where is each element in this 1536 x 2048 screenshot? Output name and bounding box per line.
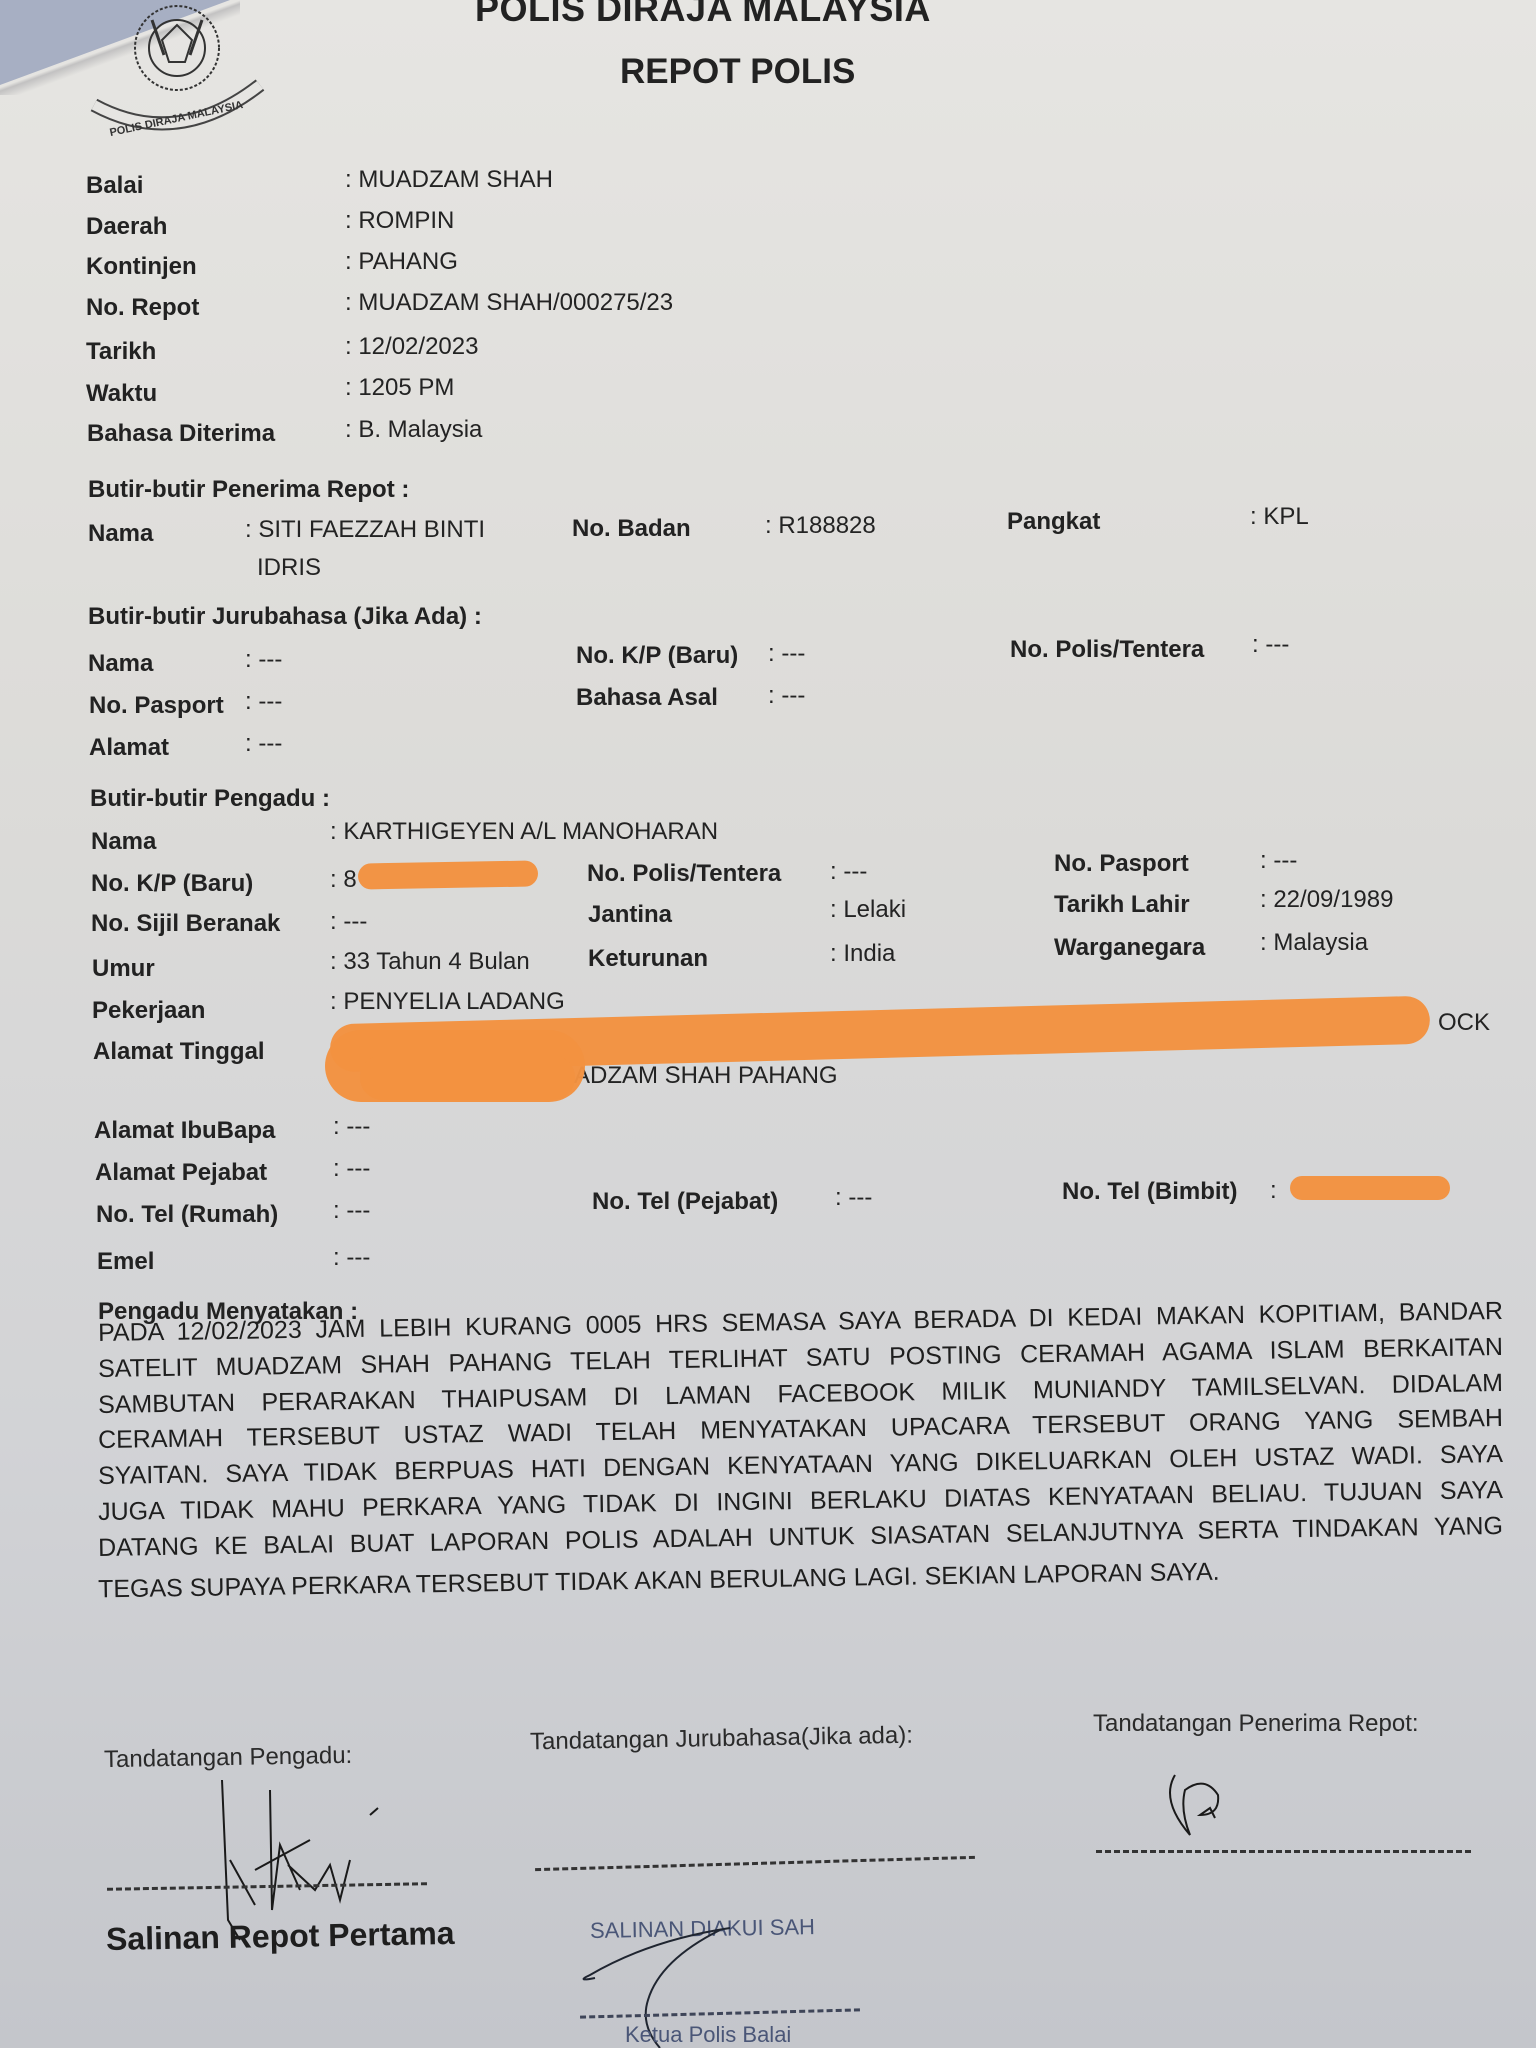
no-badan-label: No. Badan [572, 515, 691, 543]
interpreter-polis-label: No. Polis/Tentera [1010, 636, 1204, 664]
complainant-polis-label: No. Polis/Tentera [587, 860, 781, 888]
tel-rumah-value: : --- [333, 1197, 370, 1225]
tel-pejabat-label: No. Tel (Pejabat) [592, 1188, 778, 1216]
complainant-pasport-label: No. Pasport [1054, 850, 1189, 878]
balai-label: Balai [86, 172, 143, 200]
tel-pejabat-value: : --- [835, 1184, 872, 1212]
alamat-tinggal-line2: ADZAM SHAH PAHANG [574, 1062, 838, 1090]
tarikh-label: Tarikh [86, 338, 156, 366]
sijil-value: : --- [330, 908, 367, 936]
pangkat-value: : KPL [1250, 503, 1309, 531]
redaction-address-line2 [360, 1055, 575, 1100]
complainant-nama-value: : KARTHIGEYEN A/L MANOHARAN [330, 818, 718, 846]
interpreter-kp-value: : --- [768, 640, 805, 668]
receiver-signature-line [1096, 1850, 1471, 1853]
bahasa-asal-label: Bahasa Asal [576, 684, 718, 712]
interpreter-signature-label: Tandatangan Jurubahasa(Jika ada): [530, 1722, 913, 1757]
receiver-nama-label: Nama [88, 520, 153, 548]
statement-line: TEGAS SUPAYA PERKARA TERSEBUT TIDAK AKAN… [98, 1557, 1298, 1605]
complainant-kp-value: : 8 [330, 866, 357, 894]
alamat-pejabat-label: Alamat Pejabat [95, 1159, 267, 1187]
kontinjen-value: : PAHANG [345, 248, 458, 276]
bahasa-asal-value: : --- [768, 682, 805, 710]
tel-bimbit-label: No. Tel (Bimbit) [1062, 1178, 1238, 1206]
redaction-ic-number [358, 860, 538, 889]
balai-value: : MUADZAM SHAH [345, 166, 553, 194]
alamat-tinggal-label: Alamat Tinggal [93, 1038, 265, 1066]
tel-bimbit-value: : [1270, 1177, 1277, 1205]
bahasa-label: Bahasa Diterima [87, 420, 275, 448]
interpreter-pasport-label: No. Pasport [89, 692, 224, 720]
kontinjen-label: Kontinjen [86, 253, 197, 281]
interpreter-nama-label: Nama [88, 650, 153, 678]
first-copy-title: Salinan Repot Pertama [106, 1915, 455, 1958]
interpreter-heading: Butir-butir Jurubahasa (Jika Ada) : [88, 603, 482, 631]
jantina-label: Jantina [588, 901, 672, 929]
alamat-tinggal-end: OCK [1438, 1009, 1490, 1037]
agency-title: POLIS DIRAJA MALAYSIA [475, 0, 931, 30]
emel-value: : --- [333, 1244, 370, 1272]
emel-label: Emel [97, 1248, 154, 1276]
no-repot-value: : MUADZAM SHAH/000275/23 [345, 289, 673, 317]
no-badan-value: : R188828 [765, 512, 876, 540]
police-crest-icon: POLIS DIRAJA MALAYSIA [82, 0, 272, 150]
receiver-heading: Butir-butir Penerima Repot : [88, 476, 409, 504]
interpreter-kp-label: No. K/P (Baru) [576, 642, 738, 670]
warganegara-label: Warganegara [1054, 934, 1205, 962]
redaction-phone-number [1290, 1176, 1450, 1200]
keturunan-value: : India [830, 940, 895, 968]
receiver-signature-label: Tandatangan Penerima Repot: [1093, 1710, 1419, 1738]
tarikh-lahir-label: Tarikh Lahir [1054, 891, 1190, 919]
complainant-pasport-value: : --- [1260, 847, 1297, 875]
alamat-ibubapa-label: Alamat IbuBapa [94, 1117, 275, 1145]
tarikh-value: : 12/02/2023 [345, 333, 478, 361]
umur-value: : 33 Tahun 4 Bulan [330, 948, 530, 976]
no-repot-label: No. Repot [86, 294, 199, 322]
interpreter-alamat-label: Alamat [89, 734, 169, 762]
complainant-nama-label: Nama [91, 828, 156, 856]
daerah-value: : ROMPIN [345, 207, 454, 235]
document-title: REPOT POLIS [620, 52, 855, 92]
complainant-kp-label: No. K/P (Baru) [91, 870, 253, 898]
receiver-nama-value-2: IDRIS [257, 554, 321, 582]
bahasa-value: : B. Malaysia [345, 416, 482, 444]
receiver-signature-icon [1160, 1770, 1260, 1850]
interpreter-polis-value: : --- [1252, 631, 1289, 659]
receiver-nama-value: : SITI FAEZZAH BINTI [245, 516, 485, 544]
warganegara-value: : Malaysia [1260, 929, 1368, 957]
interpreter-alamat-value: : --- [245, 730, 282, 758]
alamat-ibubapa-value: : --- [333, 1113, 370, 1141]
interpreter-signature-line [535, 1856, 975, 1871]
umur-label: Umur [92, 955, 155, 983]
alamat-pejabat-value: : --- [333, 1155, 370, 1183]
daerah-label: Daerah [86, 213, 167, 241]
interpreter-nama-value: : --- [245, 646, 282, 674]
complainant-heading: Butir-butir Pengadu : [90, 785, 330, 813]
jantina-value: : Lelaki [830, 896, 906, 924]
pangkat-label: Pangkat [1007, 508, 1100, 536]
pekerjaan-value: : PENYELIA LADANG [330, 988, 565, 1016]
interpreter-pasport-value: : --- [245, 688, 282, 716]
waktu-value: : 1205 PM [345, 374, 454, 402]
tarikh-lahir-value: : 22/09/1989 [1260, 886, 1393, 914]
sijil-label: No. Sijil Beranak [91, 910, 280, 938]
station-chief-title: Ketua Polis Balai [625, 2022, 791, 2048]
keturunan-label: Keturunan [588, 945, 708, 973]
tel-rumah-label: No. Tel (Rumah) [96, 1201, 278, 1229]
pekerjaan-label: Pekerjaan [92, 997, 205, 1025]
waktu-label: Waktu [86, 380, 157, 408]
complainant-polis-value: : --- [830, 858, 867, 886]
